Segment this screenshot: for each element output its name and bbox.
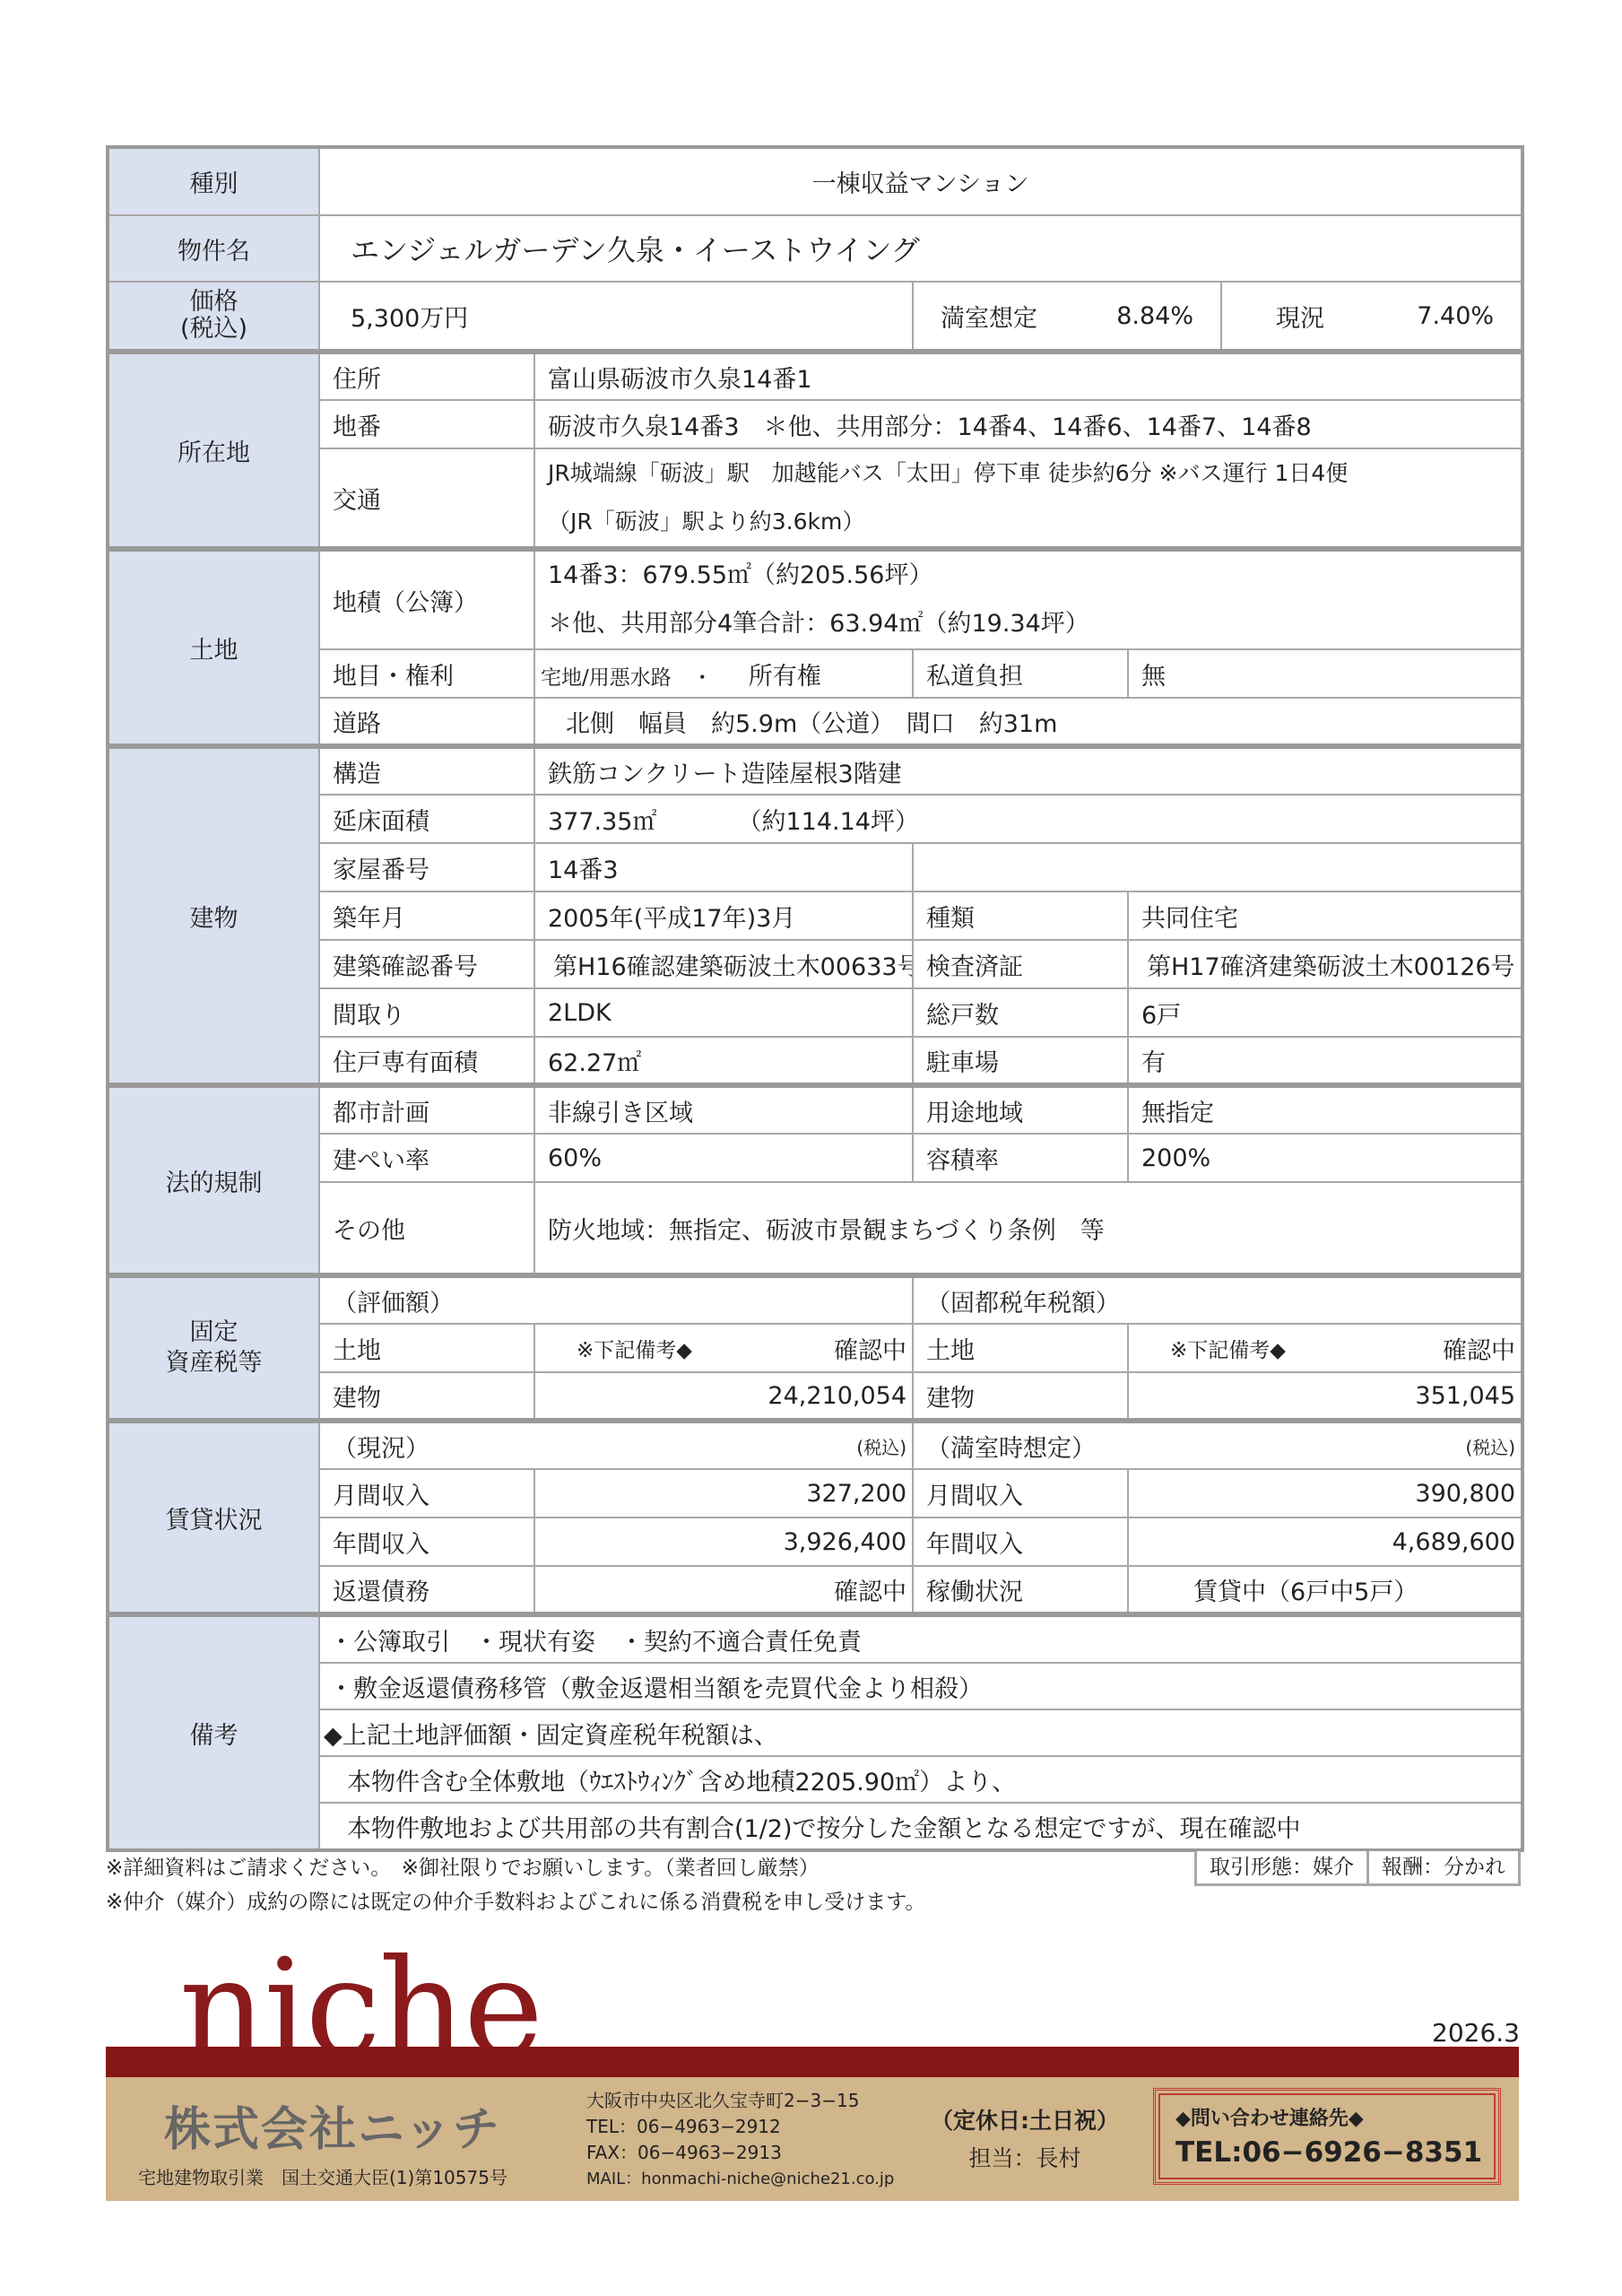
company-footer: 株式会社ニッチ 宅地建物取引業 国土交通大臣(1)第10575号 大阪市中央区北… bbox=[106, 2077, 1519, 2201]
deposit-value: 確認中 bbox=[534, 1566, 913, 1614]
tax-category-line2: 資産税等 bbox=[122, 1348, 306, 1378]
occupancy-label: 稼働状況 bbox=[913, 1566, 1128, 1614]
rent-current-title: （現況） bbox=[333, 1429, 429, 1464]
monthly-full: 390,800 bbox=[1128, 1469, 1522, 1518]
structure-label: 構造 bbox=[319, 746, 534, 795]
business-hours: （定休日:土日祝） 担当：長村 bbox=[931, 2102, 1119, 2178]
company-tel: TEL：06−4963−2912 bbox=[586, 2114, 894, 2140]
price-label-line2: (税込) bbox=[122, 316, 306, 343]
address-label: 住所 bbox=[319, 352, 534, 400]
remark-line: ◆上記土地評価額・固定資産税年税額は、 bbox=[319, 1709, 1522, 1756]
private-road-label: 私道負担 bbox=[913, 649, 1128, 698]
floor-area-sqm: 377.35㎡ bbox=[548, 808, 656, 836]
floor-area-value: 377.35㎡（約114.14坪） bbox=[534, 795, 1522, 843]
contact-box: ◆問い合わせ連絡先◆ TEL:06−6926−8351 bbox=[1153, 2088, 1501, 2185]
name-label: 物件名 bbox=[108, 215, 319, 282]
structure-value: 鉄筋コンクリート造陸屋根3階建 bbox=[534, 746, 1522, 795]
built-label: 築年月 bbox=[319, 891, 534, 940]
inspection-label: 検査済証 bbox=[913, 940, 1128, 988]
yield-current-label: 現況 bbox=[1276, 299, 1324, 334]
remark-line: 本物件敷地および共用部の共有割合(1/2)で按分した金額となる想定ですが、現在確… bbox=[319, 1803, 1522, 1850]
land-right-text: 所有権 bbox=[749, 663, 821, 691]
far-label: 容積率 bbox=[913, 1134, 1128, 1182]
legal-category: 法的規制 bbox=[108, 1085, 319, 1275]
footnotes: ※詳細資料はご請求ください。 ※御社限りでお願いします。（業者回し厳禁） ※仲介… bbox=[106, 1851, 1521, 1919]
footnote-line2: ※仲介（媒介）成約の際には既定の仲介手数料およびこれに係る消費税を申し受けます。 bbox=[106, 1885, 1521, 1919]
annual-label: 年間収入 bbox=[319, 1518, 534, 1566]
tax-category-line1: 固定 bbox=[122, 1318, 306, 1348]
land-tax-value: 確認中 bbox=[1443, 1331, 1515, 1366]
land-use-text: 宅地/用悪水路 ・ bbox=[541, 666, 713, 690]
tax-land-label: 土地 bbox=[319, 1324, 534, 1372]
other-label: その他 bbox=[319, 1182, 534, 1275]
land-area-value: 14番3：679.55㎡（約205.56坪）＊他、共用部分4筆合計：63.94㎡… bbox=[534, 549, 1522, 649]
city-plan-value: 非線引き区域 bbox=[534, 1085, 913, 1134]
inspection-value: 第H17確済建築砺波土木00126号 bbox=[1128, 940, 1522, 988]
tax-land-label-2: 土地 bbox=[913, 1324, 1128, 1372]
units-value: 6戸 bbox=[1128, 988, 1522, 1037]
brand-band bbox=[106, 2047, 1519, 2077]
fee: 報酬：分かれ bbox=[1366, 1851, 1518, 1883]
lot-value: 砺波市久泉14番3 ＊他、共用部分：14番4、14番6、14番7、14番8 bbox=[534, 400, 1522, 448]
zoning-value: 無指定 bbox=[1128, 1085, 1522, 1134]
permit-value: 第H16確認建築砺波土木00633号 bbox=[534, 940, 913, 988]
land-area-label: 地積（公簿） bbox=[319, 549, 534, 649]
yield-current-value: 7.40% bbox=[1417, 302, 1494, 330]
rent-category: 賃貸状況 bbox=[108, 1421, 319, 1614]
annual-label-2: 年間収入 bbox=[913, 1518, 1128, 1566]
coverage-value: 60% bbox=[534, 1134, 913, 1182]
floor-area-tsubo: （約114.14坪） bbox=[737, 808, 918, 836]
units-label: 総戸数 bbox=[913, 988, 1128, 1037]
issue-date: 2026.3 bbox=[1432, 2018, 1520, 2048]
zoning-label: 用途地域 bbox=[913, 1085, 1128, 1134]
permit-label: 建築確認番号 bbox=[319, 940, 534, 988]
tax-building-label-2: 建物 bbox=[913, 1372, 1128, 1421]
deal-terms: 取引形態：媒介 報酬：分かれ bbox=[1194, 1851, 1521, 1886]
location-category: 所在地 bbox=[108, 352, 319, 549]
land-assessed-note: ※下記備考◆ bbox=[577, 1334, 692, 1363]
annual-full: 4,689,600 bbox=[1128, 1518, 1522, 1566]
price-value: 5,300万円 bbox=[319, 282, 913, 352]
rent-current-taxincl: (税込) bbox=[856, 1433, 906, 1459]
transport-line2: （JR「砺波」駅より約3.6km） bbox=[548, 498, 1508, 546]
property-table: 種別 一棟収益マンション 物件名 エンジェルガーデン久泉・イーストウイング 価格… bbox=[106, 145, 1524, 1852]
land-area-line1: 14番3：679.55㎡（約205.56坪） bbox=[548, 552, 1508, 600]
monthly-current: 327,200 bbox=[534, 1469, 913, 1518]
contact-tel[interactable]: TEL:06−6926−8351 bbox=[1175, 2136, 1479, 2169]
property-name: エンジェルガーデン久泉・イーストウイング bbox=[319, 215, 1522, 282]
land-area-line2: ＊他、共用部分4筆合計：63.94㎡（約19.34坪） bbox=[548, 600, 1508, 648]
kind-value: 共同住宅 bbox=[1128, 891, 1522, 940]
staff: 担当：長村 bbox=[931, 2140, 1119, 2178]
company-name: 株式会社ニッチ bbox=[164, 2092, 501, 2159]
rent-full-header: （満室時想定）(税込) bbox=[913, 1421, 1522, 1469]
monthly-label: 月間収入 bbox=[319, 1469, 534, 1518]
layout-label: 間取り bbox=[319, 988, 534, 1037]
remark-line: ・敷金返還債務移管（敷金返還相当額を売買代金より相殺） bbox=[319, 1663, 1522, 1709]
type-label: 種別 bbox=[108, 147, 319, 215]
yield-cell: 満室想定 8.84% 現況 7.40% bbox=[913, 282, 1522, 352]
yield-full-label: 満室想定 bbox=[941, 299, 1037, 334]
unit-area-label: 住戸専有面積 bbox=[319, 1037, 534, 1085]
remark-line: ・公簿取引 ・現状有姿 ・契約不適合責任免責 bbox=[319, 1614, 1522, 1663]
city-plan-label: 都市計画 bbox=[319, 1085, 534, 1134]
transport-value: JR城端線「砺波」駅 加越能バス「太田」停下車 徒歩約6分 ※バス運行 1日4便… bbox=[534, 448, 1522, 549]
unit-area-value: 62.27㎡ bbox=[534, 1037, 913, 1085]
assessed-header: （評価額） bbox=[319, 1275, 913, 1324]
far-value: 200% bbox=[1128, 1134, 1522, 1182]
layout-value: 2LDK bbox=[534, 988, 913, 1037]
house-no-value: 14番3 bbox=[534, 843, 913, 891]
floor-area-label: 延床面積 bbox=[319, 795, 534, 843]
road-label: 道路 bbox=[319, 698, 534, 746]
deposit-label: 返還債務 bbox=[319, 1566, 534, 1614]
road-value: 北側 幅員 約5.9m（公道） 間口 約31m bbox=[534, 698, 1522, 746]
other-value: 防火地域：無指定、砺波市景観まちづくり条例 等 bbox=[534, 1182, 1522, 1275]
rent-full-title: （満室時想定） bbox=[926, 1429, 1096, 1464]
kind-label: 種類 bbox=[913, 891, 1128, 940]
lot-label: 地番 bbox=[319, 400, 534, 448]
company-contact-block: 大阪市中央区北久宝寺町2−3−15 TEL：06−4963−2912 FAX：0… bbox=[586, 2088, 894, 2192]
land-use-value: 宅地/用悪水路 ・所有権 bbox=[534, 649, 913, 698]
built-value: 2005年(平成17年)3月 bbox=[534, 891, 913, 940]
land-assessed-value: 確認中 bbox=[834, 1331, 906, 1366]
rent-current-header: （現況）(税込) bbox=[319, 1421, 913, 1469]
land-assessed-cell: ※下記備考◆確認中 bbox=[534, 1324, 913, 1372]
remarks-category: 備考 bbox=[108, 1614, 319, 1850]
deal-type: 取引形態：媒介 bbox=[1197, 1851, 1366, 1883]
parking-label: 駐車場 bbox=[913, 1037, 1128, 1085]
occupancy-value: 賃貸中（6戸中5戸） bbox=[1128, 1566, 1522, 1614]
company-fax: FAX：06−4963−2913 bbox=[586, 2140, 894, 2166]
transport-label: 交通 bbox=[319, 448, 534, 549]
house-no-empty bbox=[913, 843, 1522, 891]
transport-line1: JR城端線「砺波」駅 加越能バス「太田」停下車 徒歩約6分 ※バス運行 1日4便 bbox=[548, 449, 1508, 498]
monthly-label-2: 月間収入 bbox=[913, 1469, 1128, 1518]
rent-full-taxincl: (税込) bbox=[1465, 1433, 1515, 1459]
building-category: 建物 bbox=[108, 746, 319, 1085]
coverage-label: 建ぺい率 bbox=[319, 1134, 534, 1182]
yield-full-value: 8.84% bbox=[1116, 302, 1193, 330]
price-label-line1: 価格 bbox=[122, 289, 306, 316]
land-tax-cell: ※下記備考◆確認中 bbox=[1128, 1324, 1522, 1372]
tax-building-label: 建物 bbox=[319, 1372, 534, 1421]
private-road-value: 無 bbox=[1128, 649, 1522, 698]
tax-category: 固定資産税等 bbox=[108, 1275, 319, 1421]
land-category: 土地 bbox=[108, 549, 319, 746]
type-value: 一棟収益マンション bbox=[319, 147, 1522, 215]
holiday: （定休日:土日祝） bbox=[931, 2102, 1119, 2140]
license-number: 宅地建物取引業 国土交通大臣(1)第10575号 bbox=[138, 2163, 507, 2189]
company-address: 大阪市中央区北久宝寺町2−3−15 bbox=[586, 2088, 894, 2114]
property-sheet: 種別 一棟収益マンション 物件名 エンジェルガーデン久泉・イーストウイング 価格… bbox=[106, 145, 1521, 1852]
annual-tax-header: （固都税年税額） bbox=[913, 1275, 1522, 1324]
land-use-label: 地目・権利 bbox=[319, 649, 534, 698]
building-assessed-value: 24,210,054 bbox=[534, 1372, 913, 1421]
land-tax-note: ※下記備考◆ bbox=[1170, 1334, 1286, 1363]
annual-current: 3,926,400 bbox=[534, 1518, 913, 1566]
contact-heading: ◆問い合わせ連絡先◆ bbox=[1175, 2103, 1479, 2131]
house-no-label: 家屋番号 bbox=[319, 843, 534, 891]
building-tax-value: 351,045 bbox=[1128, 1372, 1522, 1421]
price-label: 価格(税込) bbox=[108, 282, 319, 352]
address-value: 富山県砺波市久泉14番1 bbox=[534, 352, 1522, 400]
company-mail[interactable]: MAIL：honmachi-niche@niche21.co.jp bbox=[586, 2166, 894, 2192]
parking-value: 有 bbox=[1128, 1037, 1522, 1085]
remark-line: 本物件含む全体敷地（ｳｴｽﾄｳｨﾝｸﾞ含め地積2205.90㎡）より、 bbox=[319, 1756, 1522, 1803]
